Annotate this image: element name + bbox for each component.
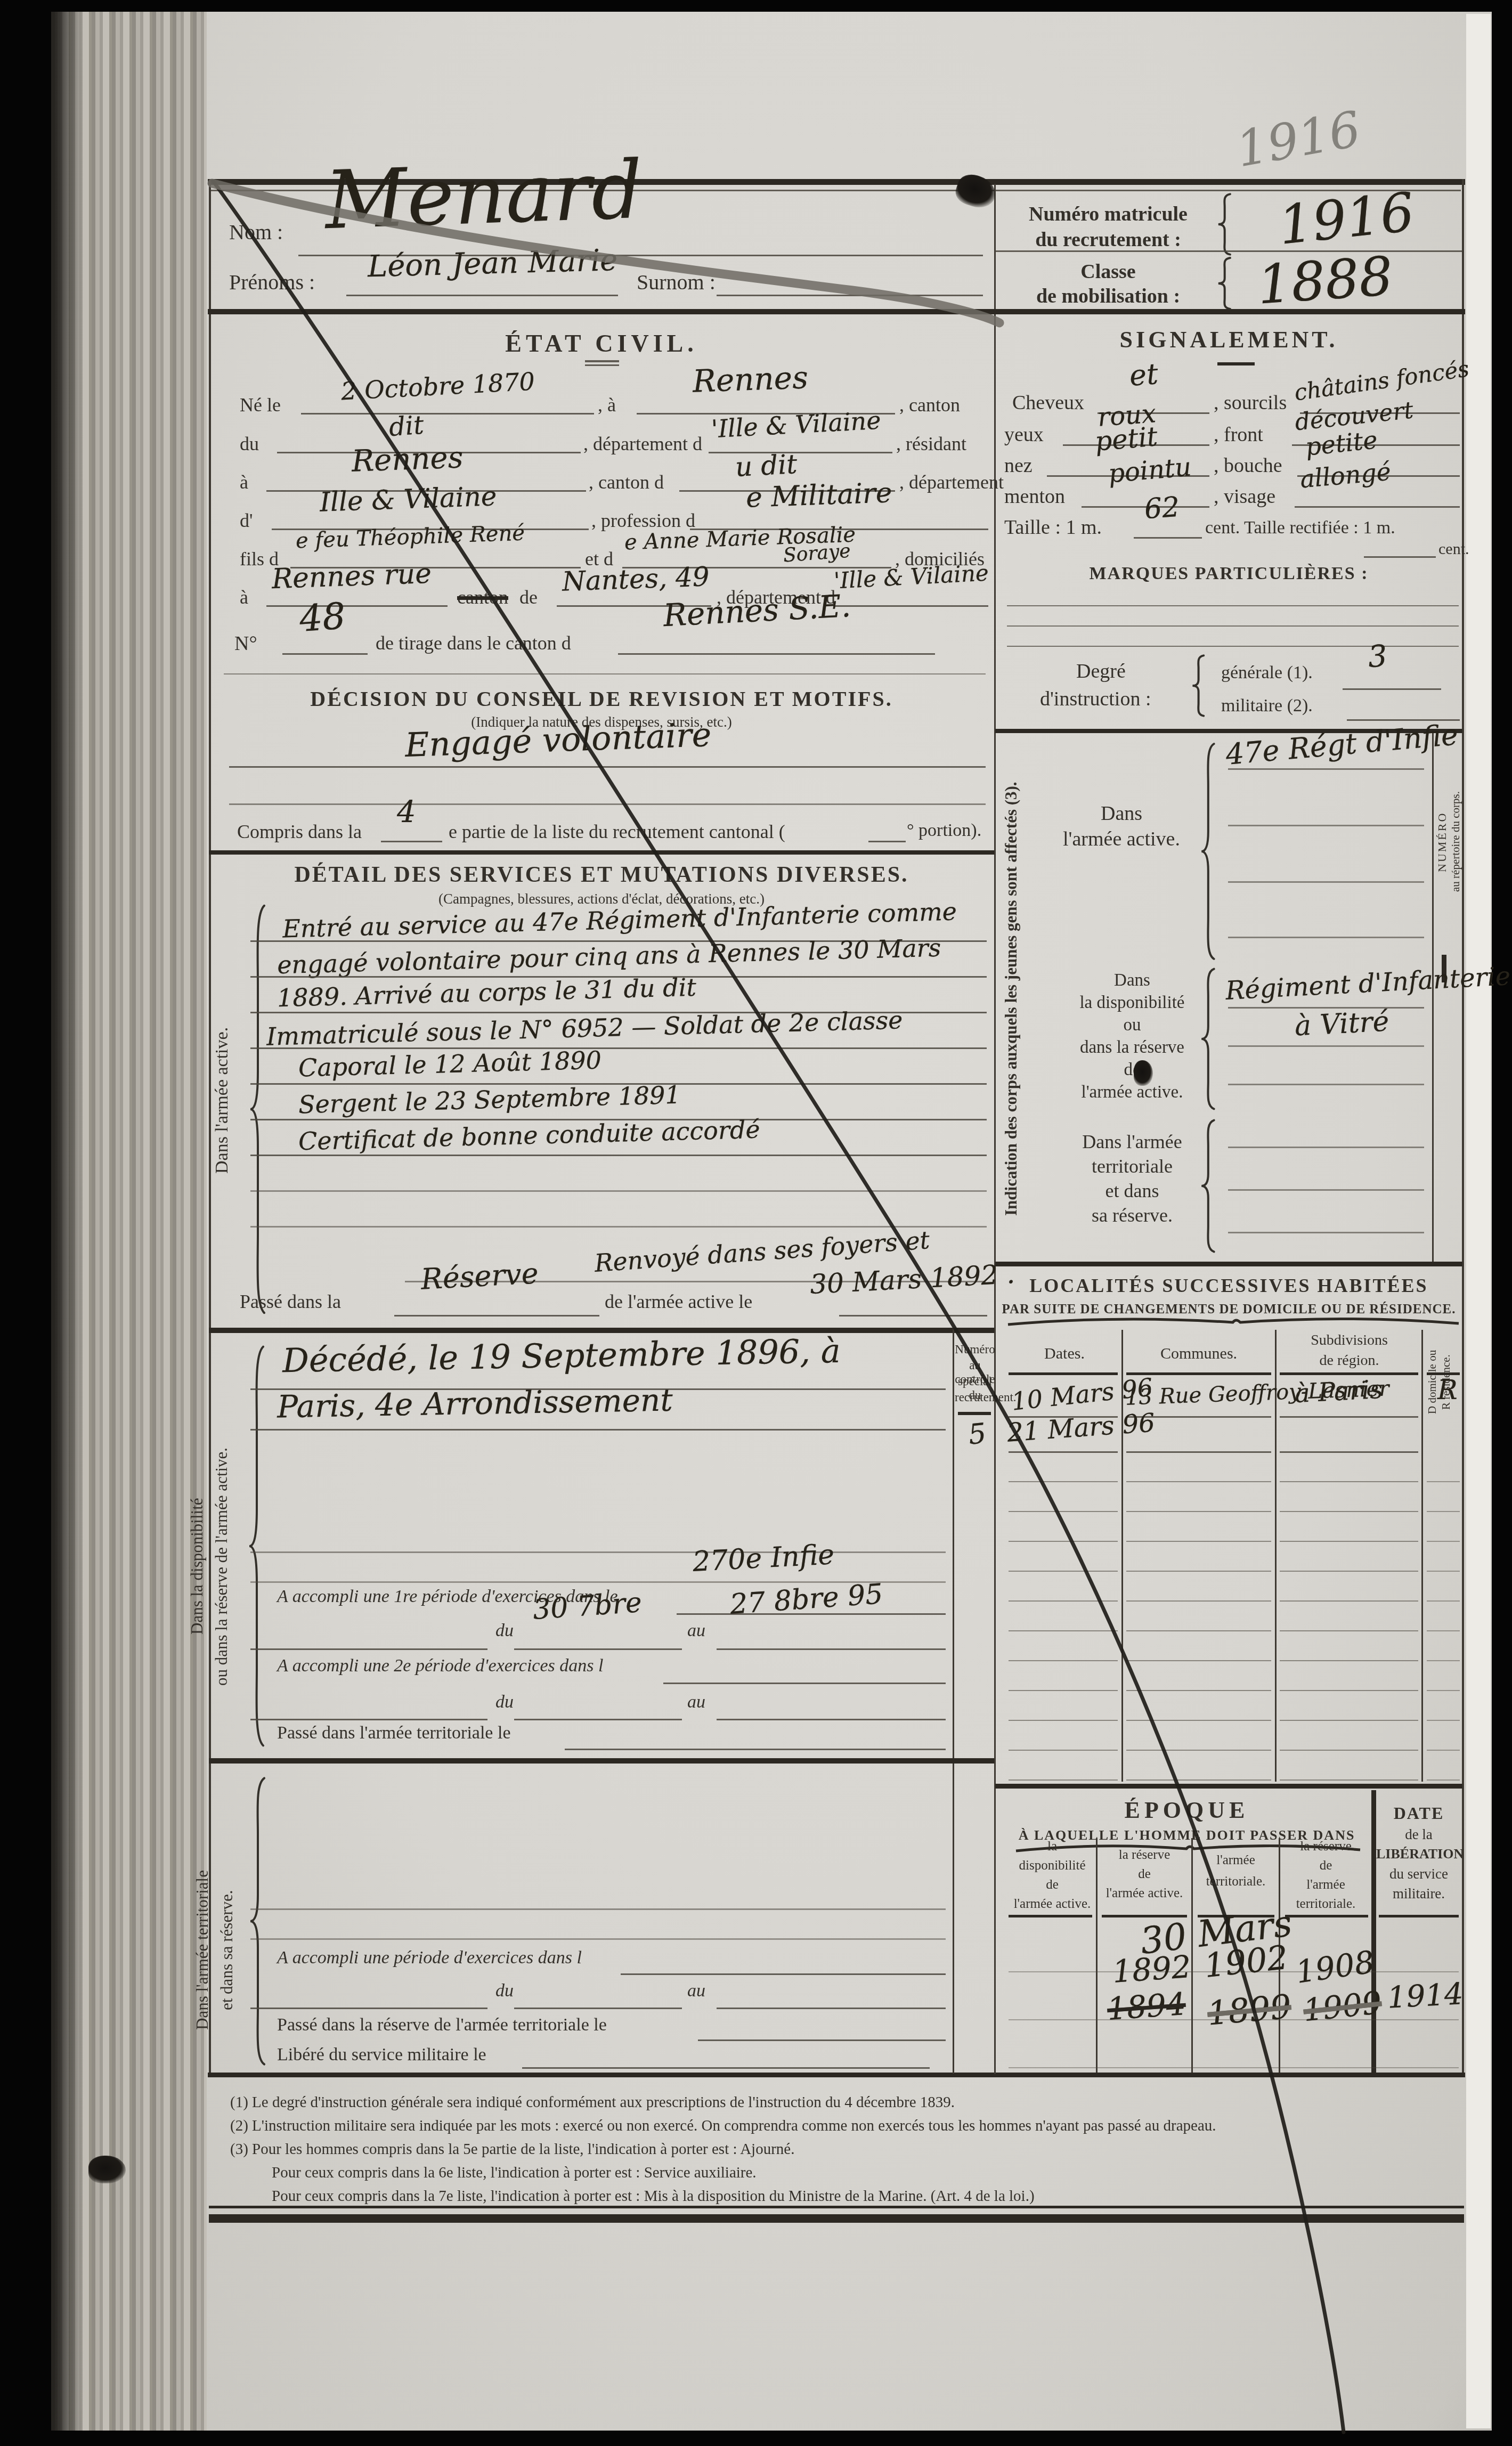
canton-de-label: de	[519, 586, 538, 608]
armee-active-brace-icon	[246, 901, 267, 1317]
terr-brace-icon	[246, 1775, 267, 2067]
epoque-date-l5: militaire.	[1376, 1886, 1461, 1902]
ink-blot-corps	[1134, 1060, 1153, 1086]
corps-dispo-label-4: dans la réserve	[1063, 1038, 1201, 1058]
menton-label: menton	[1004, 485, 1065, 508]
residence-lieu-value: Rennes	[351, 440, 464, 478]
marques-title: MARQUES PARTICULIÈRES :	[995, 564, 1462, 584]
localites-empty-rows-col1	[1009, 1452, 1118, 1781]
epoque-col4-l4: territoriale.	[1280, 1897, 1371, 1912]
corps-active-label-1: Dans	[1060, 802, 1183, 825]
matricule-brace-icon	[1215, 193, 1233, 256]
periode2-du-label: du	[495, 1692, 514, 1712]
tirage-no-value: 48	[298, 595, 347, 640]
residant-label: , résidant	[896, 433, 966, 455]
ne-a-label: , à	[598, 394, 616, 416]
controle-subcolumn-rule	[953, 1328, 954, 2074]
profession-value: e Militaire	[745, 477, 893, 514]
degre-generale-label: générale (1).	[1221, 663, 1313, 683]
etat-civil-title: ÉTAT CIVIL.	[208, 329, 995, 357]
epoque-col1-l1: la	[1009, 1839, 1096, 1854]
corps-dispo-label-3: ou	[1098, 1015, 1167, 1035]
terr-au-label: au	[687, 1981, 705, 2001]
passe-territoriale-label: Passé dans l'armée territoriale le	[277, 1723, 511, 1743]
degre-generale-value: 3	[1367, 639, 1388, 675]
canton-ditto-value: dit	[388, 410, 425, 442]
compris-label-a: Compris dans la	[237, 820, 362, 843]
epoque-col1-l2: disponibilité	[1009, 1858, 1096, 1873]
localites-col3-header-2: de région.	[1279, 1352, 1420, 1369]
surnom-fill-line	[717, 295, 983, 296]
classe-label-line1: Classe	[1007, 260, 1209, 283]
corps-dispo-label-5: de	[1098, 1060, 1167, 1080]
dispo-brace-icon	[245, 1343, 266, 1750]
visage-label: , visage	[1214, 485, 1275, 508]
corps-dispo-label-6: l'armée active.	[1063, 1083, 1201, 1102]
classe-label-line2: de mobilisation :	[1007, 285, 1209, 308]
passe-reserve-value: Réserve	[420, 1256, 540, 1296]
taille-value: 62	[1143, 491, 1181, 525]
residence-a-label: à	[240, 471, 248, 493]
departement2-value: Ille & Vilaine	[319, 481, 497, 518]
terr-passe-reserve-label: Passé dans la réserve de l'armée territo…	[277, 2015, 607, 2035]
signalement-ornament	[1217, 362, 1255, 365]
numero-corps-label-1: NUMÉRO	[1435, 741, 1448, 943]
localites-empty-rows-col2	[1126, 1452, 1271, 1781]
matricule-label-line1: Numéro matricule	[1007, 202, 1209, 226]
degre-label-2: d'instruction :	[1040, 687, 1151, 711]
periode1-au-label: au	[687, 1621, 705, 1641]
corps-terr-label-2: territoriale	[1066, 1155, 1199, 1177]
corps-active-brace-icon	[1198, 742, 1217, 961]
epoque-col1-l4: l'armée active.	[1009, 1897, 1096, 1912]
degre-label-1: Degré	[1076, 660, 1126, 683]
passe-reserve-label-b: de l'armée active le	[605, 1290, 752, 1313]
epoque-date-l1: DATE	[1376, 1803, 1461, 1823]
matricule-classe-divider	[995, 250, 1462, 252]
tirage-no-label: N°	[234, 632, 257, 655]
footnote-5: Pour ceux compris dans la 7e liste, l'in…	[272, 2188, 1035, 2205]
terr-du-label: du	[495, 1981, 514, 2001]
section-terr-label-1: Dans l'armée territoriale	[193, 1801, 215, 2099]
departement2-label: d'	[240, 509, 253, 532]
classe-brace-icon	[1215, 257, 1233, 310]
numero-corps-label-2: au répertoire du corps.	[1449, 741, 1462, 943]
taille-rectifiee-label: cent. Taille rectifiée : 1 m.	[1205, 518, 1395, 538]
localites-col2-header: Communes.	[1124, 1345, 1273, 1363]
main-column-divider	[994, 184, 996, 2074]
residence-canton-value: u dit	[735, 449, 798, 483]
ne-le-label: Né le	[240, 394, 281, 416]
compris-label-c: ° portion).	[907, 820, 981, 841]
yeux-label: yeux	[1004, 423, 1044, 446]
epoque-date-l3: LIBÉRATION	[1376, 1846, 1461, 1862]
epoque-col3-l1: l'armée	[1193, 1853, 1279, 1868]
domicile-value: Rennes rue	[271, 558, 432, 595]
active-section-bottom-rule	[209, 1328, 994, 1333]
tirage-label: de tirage dans le canton d	[376, 632, 571, 654]
epoque-col4-l1: la réserve	[1280, 1839, 1371, 1854]
corps-dispo-label-2: la disponibilité	[1060, 993, 1204, 1013]
canton-struck-label: canton	[457, 586, 508, 608]
scanned-military-register-page: { "pencil_note": "1916", "header": { "no…	[0, 0, 1512, 2446]
form-right-border	[1462, 179, 1464, 2077]
libere-label: Libéré du service militaire le	[277, 2045, 486, 2065]
corps-terr-label-3: et dans	[1066, 1180, 1199, 1202]
compris-partie-value: 4	[397, 795, 416, 830]
dispo-section-bottom-rule	[209, 1758, 994, 1764]
cheveux-label: Cheveux	[1012, 391, 1084, 415]
localites-col-rule-3	[1421, 1330, 1423, 1782]
footnote-1: (1) Le degré d'instruction générale sera…	[230, 2094, 955, 2111]
prenoms-label: Prénoms :	[229, 270, 315, 295]
controle-label-1: Numéro	[955, 1343, 995, 1356]
epoque-1914: 1914	[1386, 1977, 1464, 2015]
taille-cent-label: cent.	[1438, 540, 1469, 558]
page-bottom-rule-2	[209, 2214, 1464, 2223]
controle-value-handwriting: 5	[967, 1417, 988, 1451]
cheveux-value: et	[1128, 357, 1159, 393]
controle-label-4: recrutement.	[955, 1391, 995, 1404]
residence-departement-label: , département	[899, 471, 1004, 493]
section-dispo-label-1: Dans la disponibilité	[188, 1364, 210, 1769]
corps-terr-label-4: sa réserve.	[1066, 1204, 1199, 1226]
localites-row1-dr: R	[1437, 1375, 1458, 1405]
localites-ornament	[1007, 1317, 1460, 1328]
epoque-date-l4: du service	[1376, 1866, 1461, 1882]
deces-line-2: Paris, 4e Arrondissement	[277, 1382, 673, 1425]
services-title: DÉTAIL DES SERVICES ET MUTATIONS DIVERSE…	[208, 862, 995, 888]
du-label: du	[240, 433, 259, 455]
etat-civil-ornament	[585, 360, 619, 362]
localites-col1-header: Dates.	[1009, 1345, 1120, 1363]
taille-label: Taille : 1 m.	[1004, 516, 1102, 539]
form-left-border	[209, 179, 211, 2077]
localites-bottom-rule	[995, 1784, 1462, 1789]
section-terr-label-2: et dans sa réserve.	[217, 1801, 240, 2099]
epoque-col2-l3: l'armée active.	[1098, 1886, 1191, 1901]
epoque-1892: 1892	[1111, 1948, 1192, 1990]
localites-subtitle: PAR SUITE DE CHANGEMENTS DE DOMICILE OU …	[995, 1302, 1462, 1317]
departement-label: , département d	[583, 433, 702, 455]
matricule-label-line2: du recrutement :	[1007, 228, 1209, 251]
localites-col4-header-1: D domicile ou	[1426, 1324, 1438, 1440]
signalement-title: SIGNALEMENT.	[995, 326, 1462, 353]
naissance-lieu-value: Rennes	[692, 359, 809, 400]
sourcils-label: , sourcils	[1214, 391, 1287, 415]
residence-canton-label: , canton d	[589, 471, 664, 493]
corps-dispo-value-2: à Vitré	[1294, 1005, 1390, 1042]
nom-label: Nom :	[229, 220, 283, 245]
corps-bottom-rule	[995, 1262, 1462, 1266]
book-page-edges	[51, 12, 207, 2431]
marques-blank-lines	[1007, 586, 1459, 648]
passe-reserve-label-a: Passé dans la	[240, 1290, 341, 1313]
nom-value-handwriting: Menard	[323, 144, 644, 248]
periode2-au-label: au	[687, 1692, 705, 1712]
domicile-a-label: à	[240, 586, 248, 608]
prenoms-fill-line	[346, 295, 618, 296]
epoque-1899-struck: 1899	[1206, 1987, 1293, 2033]
epoque-col4-l2: de	[1280, 1858, 1371, 1873]
decision-title: DÉCISION DU CONSEIL DE REVISION ET MOTIF…	[208, 686, 995, 711]
etat-civil-ornament2	[585, 364, 619, 366]
epoque-title: ÉPOQUE	[1007, 1797, 1367, 1824]
corps-active-label-2: l'armée active.	[1044, 827, 1199, 851]
degre-brace-icon	[1189, 654, 1206, 717]
footnote-3: (3) Pour les hommes compris dans la 5e p…	[230, 2141, 794, 2158]
localites-empty-rows-col3	[1280, 1452, 1418, 1781]
corps-dispo-brace-icon	[1198, 968, 1217, 1110]
section-armee-active-label: Dans l'armée active.	[212, 986, 237, 1215]
corps-dispo-label-1: Dans	[1092, 971, 1172, 990]
nez-label: nez	[1004, 454, 1033, 477]
compris-label-b: e partie de la liste du recrutement cant…	[449, 820, 785, 843]
epoque-date-l2: de la	[1376, 1826, 1461, 1843]
section-dispo-label-2: ou dans la réserve de l'armée active.	[212, 1364, 234, 1769]
page-bottom-rule-1	[209, 2206, 1464, 2208]
numero-corps-column-rule	[1432, 733, 1434, 1262]
canton-label: , canton	[899, 394, 960, 416]
prenoms-value-handwriting: Léon Jean Marie	[367, 243, 618, 284]
periode2-label: A accompli une 2e période d'exercices da…	[277, 1656, 603, 1676]
corps-terr-brace-icon	[1198, 1119, 1217, 1253]
classe-value-handwriting: 1888	[1255, 245, 1395, 316]
ink-blot-margin	[88, 2156, 126, 2183]
domicile-canton-value: Nantes, 49	[562, 561, 710, 597]
periode1-du-label: du	[495, 1621, 514, 1641]
decision-bottom-rule	[209, 850, 994, 855]
localites-empty-rows-col4	[1427, 1452, 1460, 1781]
bouche-label: , bouche	[1214, 454, 1282, 477]
footnote-4: Pour ceux compris dans la 6e liste, l'in…	[272, 2164, 757, 2182]
epoque-col3-l2: territoriale.	[1193, 1874, 1279, 1889]
localites-row1-subdivision: à Paris	[1294, 1375, 1384, 1409]
epoque-col2-l2: de	[1098, 1867, 1191, 1882]
surnom-label: Surnom :	[637, 270, 716, 295]
epoque-col4-l3: l'armée	[1280, 1878, 1371, 1892]
localites-title: LOCALITÉS SUCCESSIVES HABITÉES	[995, 1274, 1462, 1297]
degre-militaire-label: militaire (2).	[1221, 696, 1313, 716]
epoque-col2-l1: la réserve	[1098, 1848, 1191, 1863]
epoque-col1-l3: de	[1009, 1878, 1096, 1892]
epoque-1894-struck: 1894	[1106, 1986, 1187, 2027]
footnote-2: (2) L'instruction militaire sera indiqué…	[230, 2117, 1216, 2135]
front-label: , front	[1214, 423, 1263, 446]
nez-value: petit	[1094, 421, 1159, 457]
terr-periode-label: A accompli une période d'exercices dans …	[277, 1948, 582, 1968]
corps-side-label: Indication des corps auxquels les jeunes…	[1002, 743, 1025, 1255]
localites-col3-header-1: Subdivisions	[1279, 1332, 1420, 1349]
corps-terr-label-1: Dans l'armée	[1066, 1131, 1199, 1153]
